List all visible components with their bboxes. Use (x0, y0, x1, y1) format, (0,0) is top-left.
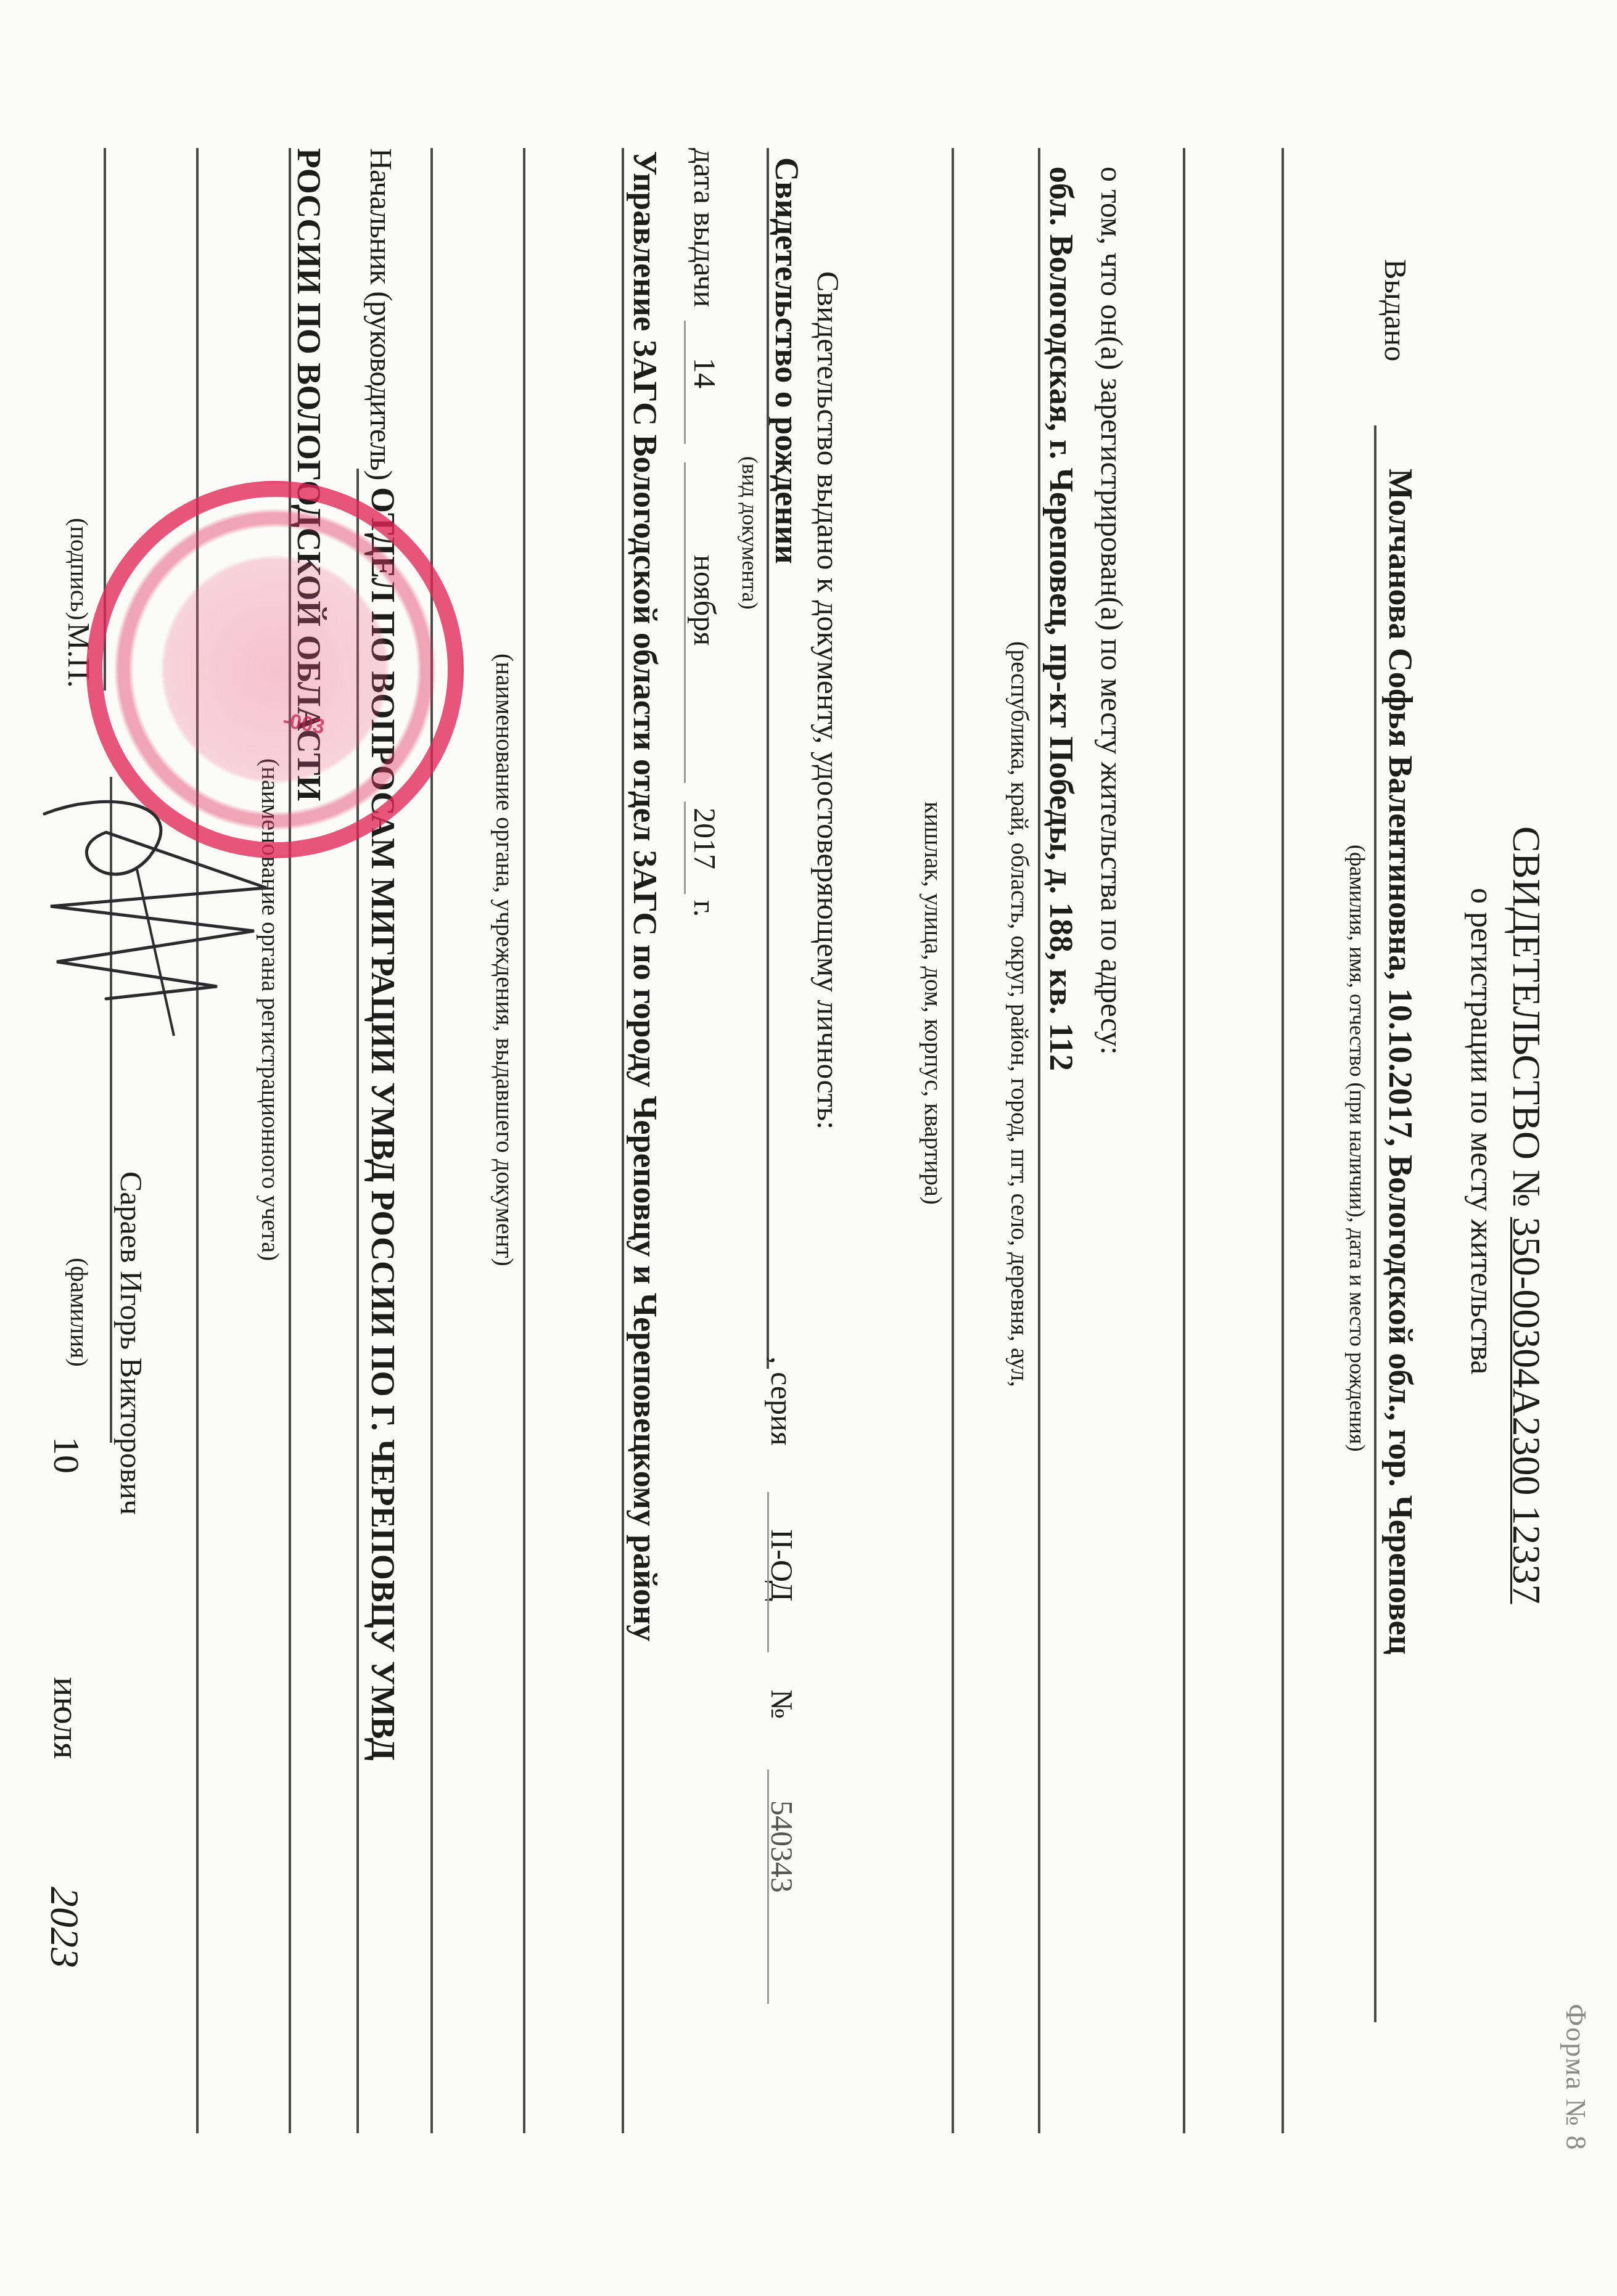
identity-doc-type: Свидетельство о рождении (768, 157, 806, 564)
certificate-number: 350-00304А2300 12337 (1505, 1217, 1549, 1604)
issue-month-underline (684, 462, 686, 783)
address-value: обл. Вологодская, г. Череповец, пр-кт По… (1042, 166, 1080, 1071)
series-value: II-ОД (764, 1529, 800, 1602)
registration-certificate: Форма № 8 СВИДЕТЕЛЬСТВО № 350-00304А2300… (0, 0, 1617, 2296)
issue-year-suffix: г. (687, 900, 723, 917)
issued-to-value: Молчанова Софья Валентиновна, 10.10.2017… (1381, 469, 1420, 1655)
identity-doc-issuer: Управление ЗАГС Вологодской области отде… (626, 151, 664, 1641)
signer-caption: (фамилия) (65, 1258, 94, 1367)
signature-caption: (подпись) (65, 518, 94, 620)
issue-month: ноября (687, 555, 723, 646)
issue-date-label: дата выдачи (687, 148, 723, 307)
blank-line-1 (1282, 148, 1284, 2133)
issue-year: 2017 (687, 808, 723, 869)
identity-doc-intro: Свидетельство выдано к документу, удосто… (810, 271, 846, 1130)
address-caption-1: (республика, край, область, округ, район… (1005, 641, 1034, 1387)
number-underline (767, 1769, 769, 2004)
issue-day-underline (684, 321, 686, 444)
series-label: , серия (764, 1356, 800, 1446)
address-intro: о том, что он(а) зарегистрирован(а) по м… (1094, 166, 1130, 1055)
address-caption-2: кишлак, улица, дом, корпус, квартира) (919, 802, 948, 1205)
signer-name: Сараев Игорь Викторович (113, 1171, 149, 1515)
head-label: Начальник (руководитель) (363, 148, 399, 480)
series-underline (767, 1492, 769, 1652)
issue-year-underline (684, 802, 686, 894)
issuer-underline (622, 148, 624, 2133)
handwritten-signature (32, 777, 291, 1073)
address-underline (1038, 148, 1040, 2133)
document-title: СВИДЕТЕЛЬСТВО № 350-00304А2300 12337 (1504, 826, 1549, 1604)
sign-date-year: 2023 (41, 1887, 88, 1968)
issued-to-underline (1374, 425, 1376, 2022)
identity-doc-type-underline (767, 148, 769, 1369)
issued-to-caption: (фамилия, имя, отчество (при наличии), д… (1344, 845, 1370, 1451)
issue-day: 14 (687, 358, 723, 388)
title-prefix: СВИДЕТЕЛЬСТВО № (1505, 826, 1549, 1207)
blank-line-3 (430, 148, 433, 2133)
issuer-line-2 (523, 148, 525, 2133)
issued-to-label: Выдано (1378, 259, 1413, 361)
identity-doc-type-caption: (вид документа) (737, 456, 763, 610)
number-label: № (764, 1689, 800, 1719)
authority-underline-2 (289, 148, 291, 2133)
number-value: 540343 (764, 1800, 800, 1893)
address-line-2 (952, 148, 954, 2133)
sign-date-month: июля (45, 1677, 88, 1759)
form-number: Форма № 8 (1560, 2004, 1592, 2151)
document-subtitle: о регистрации по месту жительства (1463, 888, 1500, 1374)
blank-line-2 (1183, 148, 1185, 2133)
sign-date-day: 10 (45, 1437, 88, 1474)
issuer-caption: (наименование органа, учреждения, выдавш… (490, 654, 519, 1266)
blank-line-4 (196, 148, 199, 2133)
